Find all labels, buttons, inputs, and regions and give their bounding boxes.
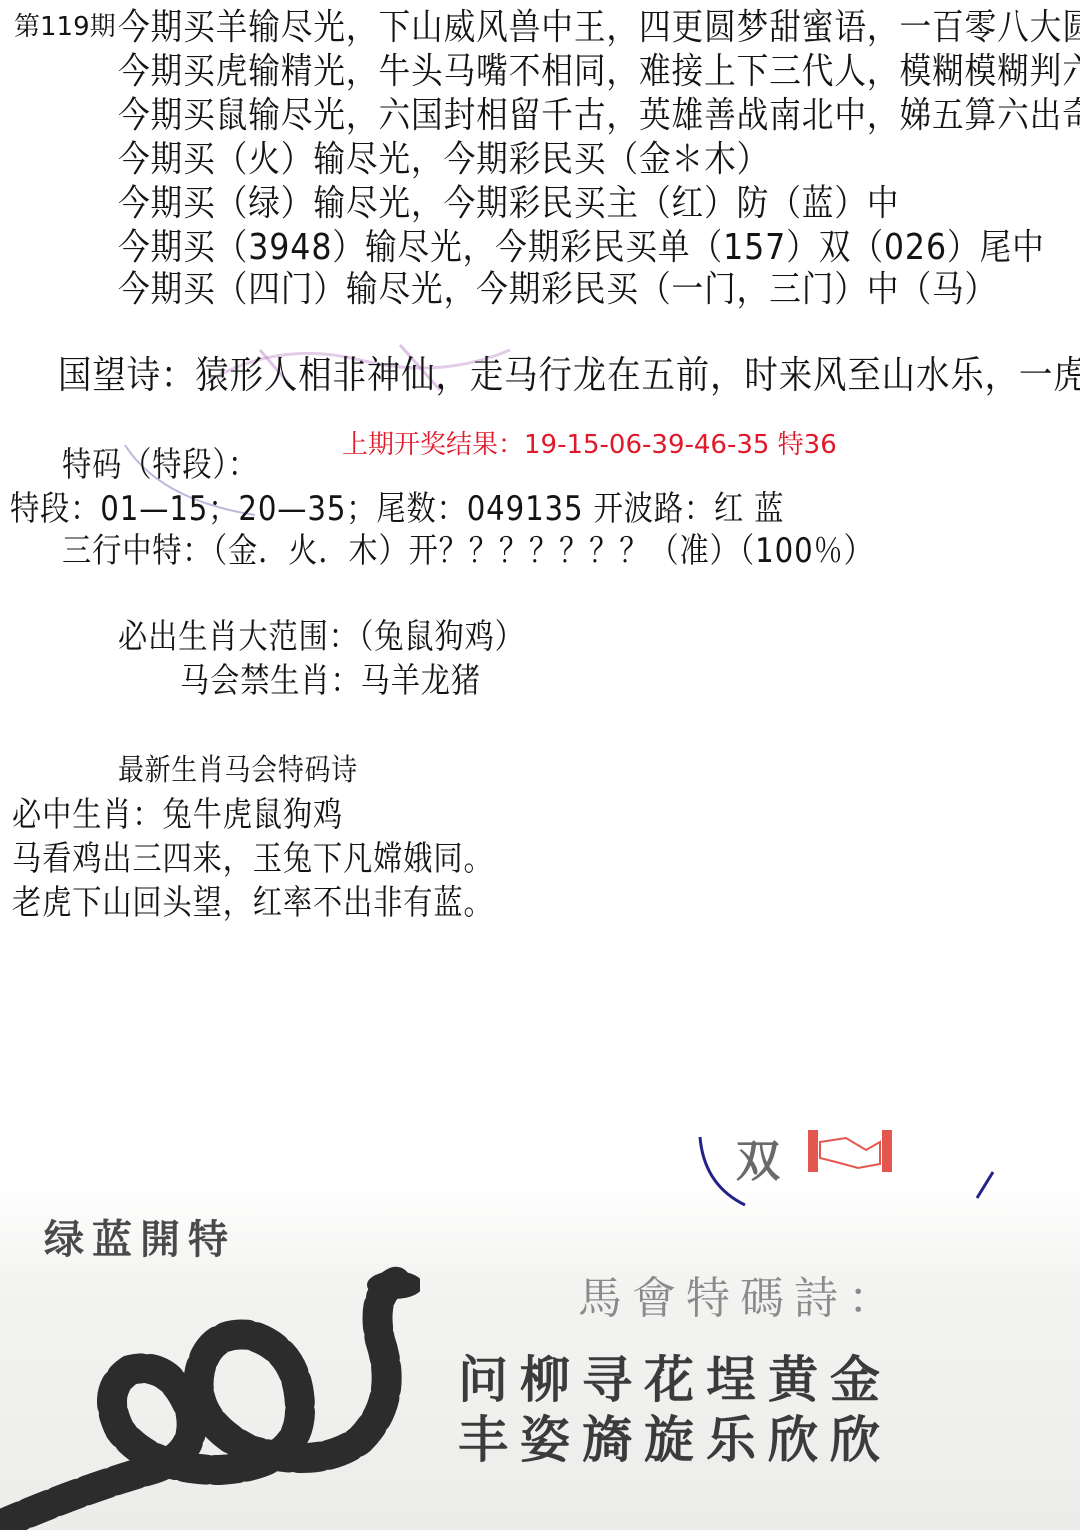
last-draw-result: 上期开奖结果：19-15-06-39-46-35 特36 bbox=[342, 432, 837, 458]
blue-tick-right bbox=[975, 1170, 995, 1200]
intro-line-5: 今期买（绿）输尽光，今期彩民买主（红）防（蓝）中 bbox=[118, 186, 899, 222]
intro-line-7: 今期买（四门）输尽光，今期彩民买（一门，三门）中（马） bbox=[118, 272, 997, 308]
zodiac-banned-line: 马会禁生肖：马羊龙猪 bbox=[180, 664, 481, 698]
horse-club-poem-line-2: 丰姿旖旋乐欣欣 bbox=[458, 1400, 892, 1472]
five-elements-line: 三行中特：（金．火．木）开？？？？？？？（准）（100％） bbox=[62, 534, 874, 568]
special-segments-line: 特段：01—15；20—35；尾数：049135 开波路：红 蓝 bbox=[10, 492, 784, 526]
special-code-heading: 特码（特段）： bbox=[62, 448, 258, 482]
latest-poem-title: 最新生肖马会特码诗 bbox=[118, 756, 358, 786]
snake-illustration bbox=[0, 1260, 420, 1530]
intro-line-2: 今期买虎输精光，牛头马嘴不相同，难接上下三代人，模糊模糊判六赢。 bbox=[118, 54, 1080, 90]
shuang-badge-text: 双 bbox=[736, 1140, 780, 1184]
issue-number: 第119期 bbox=[14, 14, 116, 40]
handshake-icon bbox=[806, 1128, 896, 1178]
horse-club-poem-title: 馬會特碼詩： bbox=[578, 1262, 902, 1326]
intro-line-3: 今期买鼠输尽光，六国封相留千古，英雄善战南北中，娣五算六出奇数。 bbox=[118, 98, 1080, 134]
zodiac-range-line: 必出生肖大范围：（兔鼠狗鸡） bbox=[118, 620, 525, 654]
latest-poem-must: 必中生肖：兔牛虎鼠狗鸡 bbox=[12, 798, 343, 832]
latest-poem-verse-2: 老虎下山回头望，红率不出非有蓝。 bbox=[12, 886, 494, 920]
intro-line-1: 今期买羊输尽光，下山威风兽中王，四更圆梦甜蜜语，一百零八大圆满。 bbox=[118, 10, 1080, 46]
stamp-label: 绿蓝開特 bbox=[44, 1208, 236, 1265]
guowang-poem: 国望诗：猿形人相非神仙，走马行龙在五前，时来风至山水乐，一虎山出蛇上天。 bbox=[58, 356, 1080, 394]
intro-line-4: 今期买（火）输尽光，今期彩民买（金＊木） bbox=[118, 142, 769, 178]
intro-line-6: 今期买（3948）输尽光，今期彩民买单（157）双（026）尾中 bbox=[118, 230, 1045, 266]
latest-poem-verse-1: 马看鸡出三四来，玉兔下凡嫦娥同。 bbox=[12, 842, 494, 876]
